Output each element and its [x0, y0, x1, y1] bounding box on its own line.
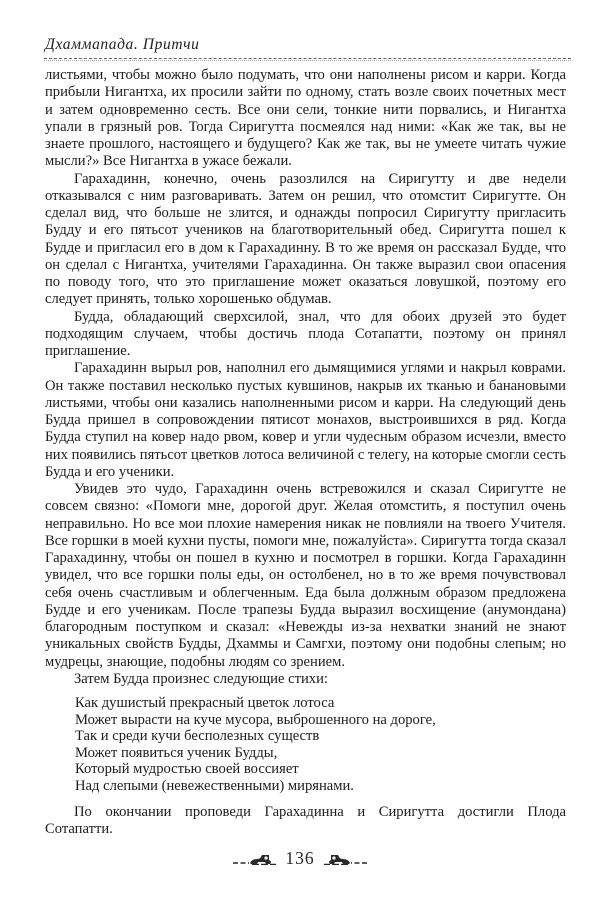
elephant-ornament-left-icon: [232, 852, 278, 866]
verse-line: Может появиться ученик Будды,: [75, 745, 566, 762]
page-body: листьями, чтобы можно было подумать, что…: [45, 67, 566, 838]
verse-block: Как душистый прекрасный цветок лотоса Мо…: [75, 695, 566, 795]
elephant-ornament-right-icon: [322, 852, 368, 866]
body-paragraph: Будда, обладающий сверхсилой, знал, что …: [45, 309, 566, 361]
page-footer: 136: [0, 848, 600, 869]
closing-paragraph: По окончании проповеди Гарахадинна и Сир…: [45, 804, 566, 839]
verse-line: Который мудростью своей воссияет: [75, 761, 566, 778]
header-rule-line-faint: [44, 60, 571, 61]
body-paragraph: Затем Будда произнес следующие стихи:: [45, 671, 566, 688]
body-paragraph: Увидев это чудо, Гарахадинн очень встрев…: [45, 481, 566, 671]
page-number: 136: [285, 848, 314, 869]
header-rule: [44, 58, 571, 62]
verse-line: Так и среди кучи бесполезных существ: [75, 728, 566, 745]
body-paragraph: Гарахадинн, конечно, очень разозлился на…: [45, 171, 566, 309]
header-rule-line: [44, 58, 571, 59]
running-header: Дхаммапада. Притчи: [45, 36, 200, 54]
verse-line: Может вырасти на куче мусора, выброшенно…: [75, 712, 566, 729]
body-paragraph: Гарахадинн вырыл ров, наполнил его дымящ…: [45, 360, 566, 481]
verse-line: Как душистый прекрасный цветок лотоса: [75, 695, 566, 712]
book-page: Дхаммапада. Притчи листьями, чтобы можно…: [0, 0, 600, 913]
verse-line: Над слепыми (невежественными) мирянами.: [75, 778, 566, 795]
running-header-title: Дхаммапада. Притчи: [45, 36, 200, 53]
body-paragraph: листьями, чтобы можно было подумать, что…: [45, 67, 566, 171]
